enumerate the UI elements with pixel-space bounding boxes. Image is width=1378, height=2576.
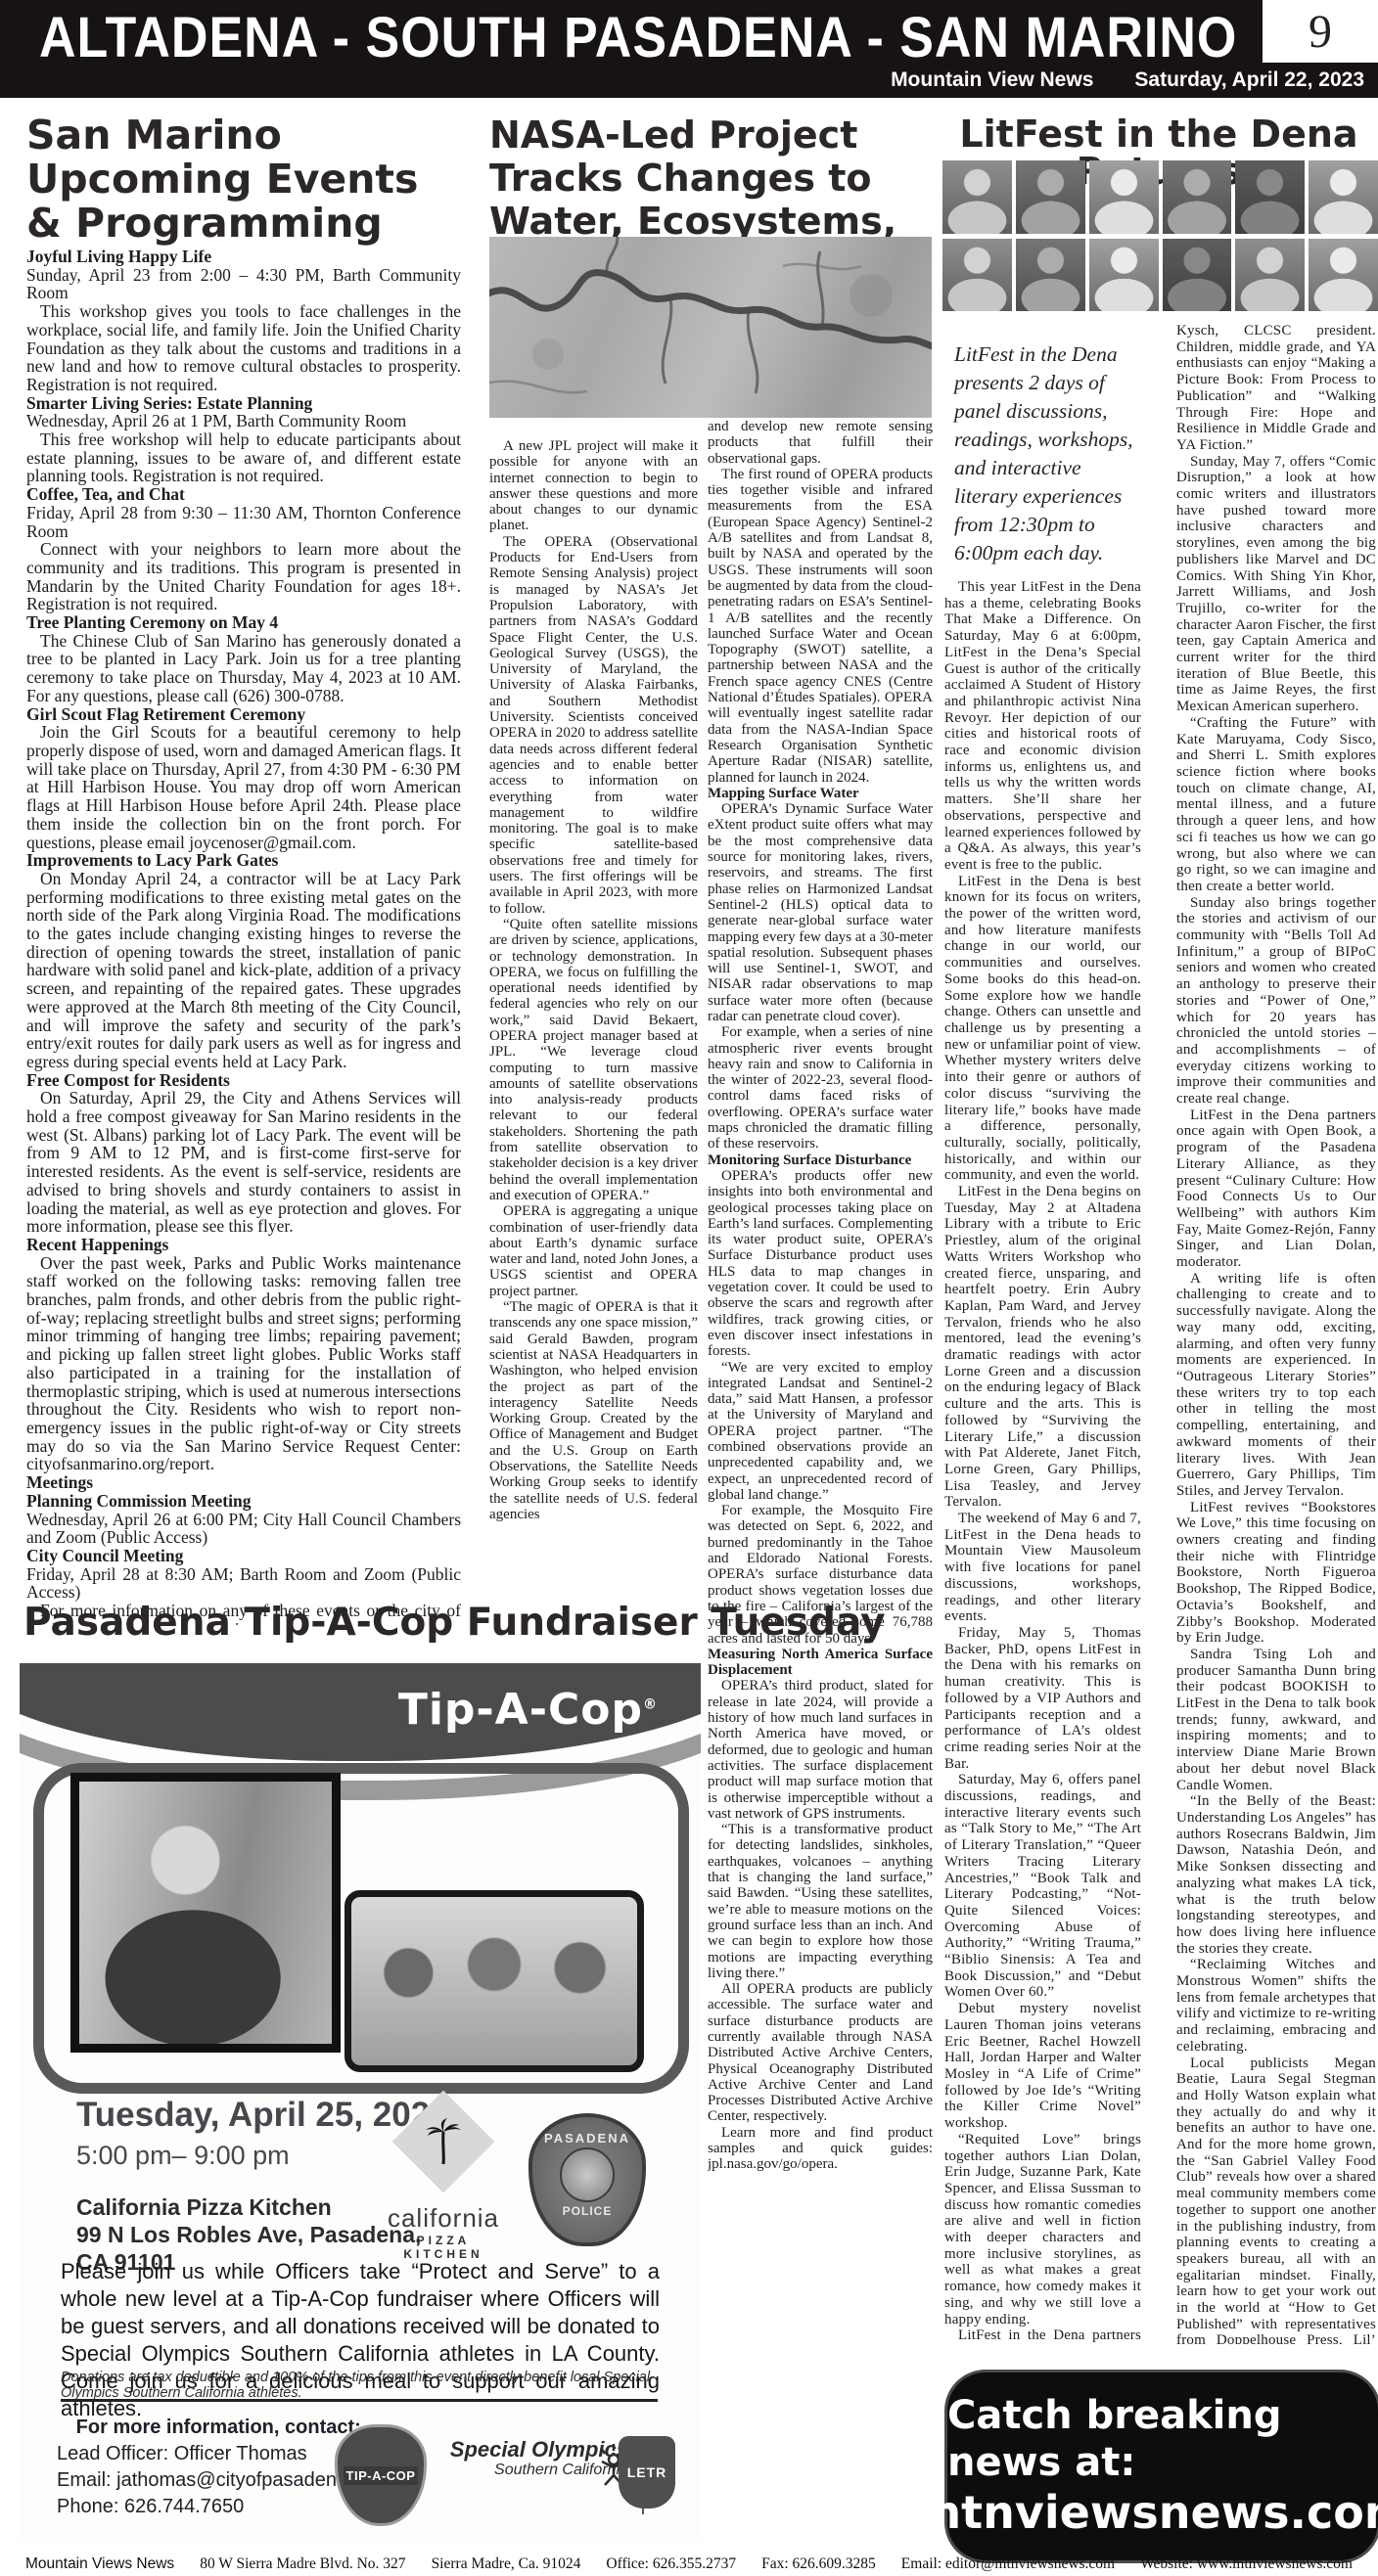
letr-shield-icon: LETR [619,2436,675,2508]
subheading: Girl Scout Flag Retirement Ceremony [26,705,461,724]
paragraph: Sunday also brings together the stories … [1176,895,1376,1107]
footer-paper-name: Mountain Views News [25,2555,174,2573]
paragraph: A writing life is often challenging to c… [1176,1271,1376,1500]
paragraph: This free workshop will help to educate … [26,430,461,485]
registered-mark: ® [643,1696,658,1712]
paragraph: “Quite often satellite missions are driv… [489,917,698,1203]
masthead-dateline: Mountain View NewsSaturday, April 22, 20… [891,68,1364,92]
subheading: Measuring North America Surface Displace… [708,1647,933,1679]
contact-heading: For more information, contact: [57,2415,380,2441]
paragraph: On Saturday, April 29, the City and Athe… [26,1089,461,1236]
nasa-column-1: A new JPL project will make it possible … [489,438,698,1595]
subheading: Smarter Living Series: Estate Planning [26,394,461,413]
paragraph: LitFest in the Dena is best known for it… [944,874,1141,1184]
speaker-photo [942,239,1012,312]
paragraph: OPERA’s products offer new insights into… [708,1168,933,1360]
paragraph: Sunday, May 7, offers “Comic Disruption,… [1176,454,1376,715]
masthead-name: Mountain View News [891,68,1093,91]
paragraph: Connect with your neighbors to learn mor… [26,540,461,613]
cpk-sub: PIZZA KITCHEN [380,2234,507,2261]
paragraph: “Reclaiming Witches and Monstrous Women”… [1176,1957,1376,2055]
banner-url: mtnviewsnews.com [914,2486,1378,2540]
venue-name: California Pizza Kitchen [76,2193,421,2221]
flyer-time: 5:00 pm– 9:00 pm [76,2141,290,2171]
banner-text: Catch breaking news at: [947,2392,1378,2486]
speaker-photo [1016,239,1085,312]
litfest-column-2: Kysch, CLCSC president. Children, middle… [1176,323,1376,2344]
flyer-banner-title: Tip-A-Cop® [398,1685,658,1735]
paragraph: On Monday April 24, a contractor will be… [26,870,461,1071]
paragraph: The Chinese Club of San Marino has gener… [26,632,461,705]
page-number: 9 [1309,5,1332,59]
paragraph: OPERA’s Dynamic Surface Water eXtent pro… [708,801,933,1024]
article-tip-a-cop: Pasadena Tip-A-Cop Fundraiser Tuesday [23,1601,709,1645]
speaker-photo [942,160,1012,234]
pasadena-police-badge-icon: PASADENA POLICE [528,2113,646,2246]
subheading: Planning Commission Meeting [26,1492,461,1511]
subheading: Meetings [26,1473,461,1492]
paragraph: OPERA’s third product, slated for releas… [708,1678,933,1822]
subheading: Recent Happenings [26,1236,461,1254]
flyer-contact-block: For more information, contact: Lead Offi… [57,2415,380,2520]
paragraph: LitFest in the Dena partners with Childr… [944,2327,1141,2342]
breaking-news-banner: Catch breaking news at: mtnviewsnews.com [944,2370,1378,2563]
flyer-photo-officer-serving [70,1773,341,2053]
contact-officer: Lead Officer: Officer Thomas [57,2441,380,2467]
issue-date: Saturday, April 22, 2023 [1134,68,1364,91]
paragraph: Friday, April 28 at 8:30 AM; Barth Room … [26,1565,461,1602]
paragraph: and develop new remote sensing products … [708,419,933,467]
paragraph: “This is a transformative product for de… [708,1822,933,1981]
paragraph: Friday, April 28 from 9:30 – 11:30 AM, T… [26,504,461,540]
paragraph: Wednesday, April 26 at 6:00 PM; City Hal… [26,1511,461,1547]
cpk-name: california [380,2203,507,2234]
paragraph: Over the past week, Parks and Public Wor… [26,1254,461,1473]
speaker-photo [1309,239,1378,312]
paragraph: All OPERA products are publicly accessib… [708,1981,933,2125]
paragraph: The weekend of May 6 and 7, LitFest in t… [944,1511,1141,1625]
page-number-box: 9 [1263,0,1378,63]
subheading: City Council Meeting [26,1547,461,1565]
speaker-photo [1089,160,1159,234]
speaker-photo [1235,160,1305,234]
subheading: Tree Planting Ceremony on May 4 [26,613,461,632]
footer-website: Website: www.mtnviewsnews.com [1140,2555,1353,2573]
paragraph: Sandra Tsing Loh and producer Samantha D… [1176,1647,1376,1793]
paragraph: Wednesday, April 26 at 1 PM, Barth Commu… [26,412,461,430]
subheading: Mapping Surface Water [708,786,933,801]
flyer-photo-athletes [344,1890,644,2072]
nasa-column-2: and develop new remote sensing products … [708,419,933,2550]
speaker-photo [1163,160,1232,234]
paragraph: OPERA is aggregating a unique combinatio… [489,1203,698,1299]
paragraph: The first round of OPERA products ties t… [708,467,933,786]
paragraph: Join the Girl Scouts for a beautiful cer… [26,723,461,851]
badge-city: PASADENA [532,2131,642,2146]
paragraph: For example, when a series of nine atmos… [708,1024,933,1152]
footer-address: 80 W Sierra Madre Blvd. No. 327 [200,2555,405,2573]
divider [61,2399,658,2402]
header-bar: ALTADENA - SOUTH PASADENA - SAN MARINO M… [0,0,1378,98]
paragraph: Sunday, April 23 from 2:00 – 4:30 PM, Ba… [26,266,461,302]
speaker-photo [1089,239,1159,312]
cpk-logo: california PIZZA KITCHEN [380,2105,507,2261]
subheading: Joyful Living Happy Life [26,248,461,266]
footer-email: Email: editor@mtnviewsnews.com [901,2555,1115,2573]
palm-tree-icon [392,2091,495,2193]
paragraph: A new JPL project will make it possible … [489,438,698,534]
paragraph: The OPERA (Observational Products for En… [489,534,698,917]
litfest-intro: LitFest in the Dena presents 2 days of p… [954,340,1135,567]
contact-email: Email: jathomas@cityofpasadena.net [57,2467,380,2494]
paragraph: “The magic of OPERA is that it transcend… [489,1299,698,1522]
speaker-photo [1016,160,1085,234]
article-title: Pasadena Tip-A-Cop Fundraiser Tuesday [23,1601,709,1645]
litfest-column-1: This year LitFest in the Dena has a them… [944,579,1141,2342]
paragraph: Kysch, CLCSC president. Children, middle… [1176,323,1376,454]
paragraph: LitFest revives “Bookstores We Love,” th… [1176,1500,1376,1647]
speaker-photo-grid [942,160,1378,311]
subheading: Monitoring Surface Disturbance [708,1152,933,1168]
footer-fax: Fax: 626.609.3285 [761,2555,876,2573]
paragraph: LitFest in the Dena begins on Tuesday, M… [944,1184,1141,1511]
subheading: Free Compost for Residents [26,1071,461,1090]
paragraph: Saturday, May 6, offers panel discussion… [944,1772,1141,2001]
article-san-marino-events: San Marino Upcoming Events & Programming [26,113,461,246]
paragraph: “Requited Love” brings together authors … [944,2132,1141,2327]
badge-label: POLICE [532,2204,642,2218]
flyer-fine-print: Donations are tax deductible and 100% of… [61,2370,660,2401]
paragraph: “Crafting the Future” with Kate Maruyama… [1176,715,1376,895]
page-footer: Mountain Views News 80 W Sierra Madre Bl… [0,2552,1378,2576]
paragraph: This workshop gives you tools to face ch… [26,302,461,394]
speaker-photo [1163,239,1232,312]
subheading: Coffee, Tea, and Chat [26,485,461,504]
san-marino-body: Joyful Living Happy LifeSunday, April 23… [26,248,461,1625]
contact-phone: Phone: 626.744.7650 [57,2494,380,2520]
paragraph: This year LitFest in the Dena has a them… [944,579,1141,874]
newspaper-page: ALTADENA - SOUTH PASADENA - SAN MARINO M… [0,0,1378,2576]
paragraph: Debut mystery novelist Lauren Thoman joi… [944,2001,1141,2132]
tip-a-cop-flyer: Tip-A-Cop® Tuesday, April 25, 2023 5:00 … [20,1663,701,2542]
speaker-photo [1235,239,1305,312]
page-title: ALTADENA - SOUTH PASADENA - SAN MARINO [39,4,1231,71]
satellite-river-image [489,237,932,418]
paragraph: Learn more and find product samples and … [708,2125,933,2173]
footer-office-phone: Office: 626.355.2737 [606,2555,736,2573]
speaker-photo [1309,160,1378,234]
venue-street: 99 N Los Robles Ave, Pasadena, [76,2221,421,2248]
paragraph: Friday, May 5, Thomas Backer, PhD, opens… [944,1625,1141,1772]
paragraph: LitFest in the Dena partners once again … [1176,1107,1376,1271]
paragraph: Local publicists Megan Beatie, Laura Seg… [1176,2056,1376,2344]
special-olympics-logo: Special Olympics Southern California [442,2438,628,2479]
subheading: Improvements to Lacy Park Gates [26,851,461,870]
footer-city: Sierra Madre, Ca. 91024 [432,2555,581,2573]
article-title: San Marino Upcoming Events & Programming [26,113,461,246]
paragraph: “We are very excited to employ integrate… [708,1360,933,1504]
paragraph: “In the Belly of the Beast: Understandin… [1176,1793,1376,1957]
badge-seal [560,2147,615,2202]
